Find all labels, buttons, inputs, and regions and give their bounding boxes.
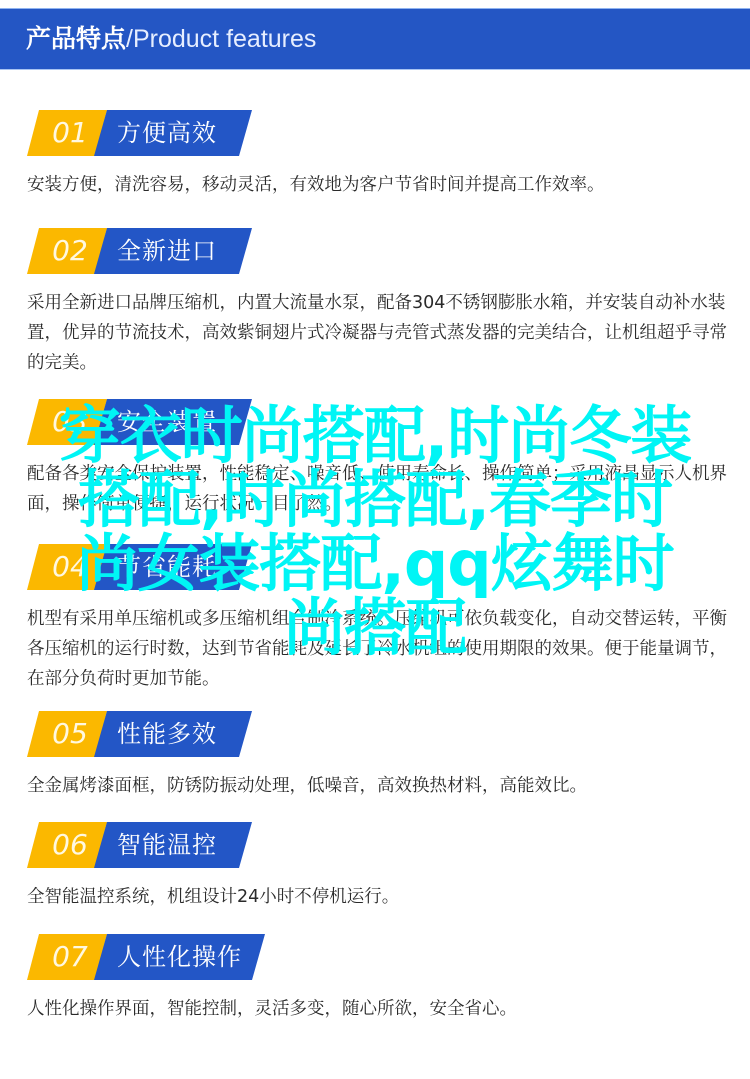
- badge-title: 安全装置: [117, 406, 217, 438]
- page-title: 产品特点/Product features: [26, 22, 316, 56]
- badge-title: 方便高效: [117, 117, 217, 149]
- feature-badge: 02 全新进口: [27, 228, 252, 274]
- badge-title: 节省能耗: [117, 551, 217, 583]
- feature-description: 配备各类安全保护装置，性能稳定、噪音低、使用寿命长、操作简单；采用液晶显示人机界…: [27, 459, 727, 519]
- feature-badge: 05 性能多效: [27, 711, 252, 757]
- feature-section-06: 06 智能温控 全智能温控系统，机组设计24小时不停机运行。: [0, 822, 750, 912]
- badge-number: 07: [45, 940, 95, 974]
- badge-number: 03: [45, 405, 95, 439]
- feature-description: 全智能温控系统，机组设计24小时不停机运行。: [27, 882, 727, 912]
- feature-description: 全金属烤漆面框，防锈防振动处理，低噪音，高效换热材料，高能效比。: [27, 771, 727, 801]
- feature-badge: 07 人性化操作: [27, 934, 265, 980]
- badge-title: 人性化操作: [117, 941, 242, 973]
- badge-number: 04: [45, 550, 95, 584]
- feature-section-03: 03 安全装置 配备各类安全保护装置，性能稳定、噪音低、使用寿命长、操作简单；采…: [0, 399, 750, 519]
- feature-description: 人性化操作界面，智能控制，灵活多变，随心所欲，安全省心。: [27, 994, 727, 1024]
- feature-description: 采用全新进口品牌压缩机，内置大流量水泵，配备304不锈钢膨胀水箱，并安装自动补水…: [27, 288, 727, 378]
- badge-number: 05: [45, 717, 95, 751]
- feature-badge: 01 方便高效: [27, 110, 252, 156]
- badge-title: 全新进口: [117, 235, 217, 267]
- page-title-en: /Product features: [126, 25, 316, 53]
- feature-badge: 04 节省能耗: [27, 544, 252, 590]
- feature-description: 机型有采用单压缩机或多压缩机组合制冷系统。压缩机可依负载变化，自动交替运转，平衡…: [27, 604, 727, 694]
- feature-description: 安装方便，清洗容易，移动灵活，有效地为客户节省时间并提高工作效率。: [27, 170, 727, 200]
- feature-badge: 03 安全装置: [27, 399, 252, 445]
- feature-section-01: 01 方便高效 安装方便，清洗容易，移动灵活，有效地为客户节省时间并提高工作效率…: [0, 110, 750, 200]
- header-banner: 产品特点/Product features: [0, 8, 750, 70]
- feature-section-05: 05 性能多效 全金属烤漆面框，防锈防振动处理，低噪音，高效换热材料，高能效比。: [0, 711, 750, 801]
- badge-number: 02: [45, 234, 95, 268]
- badge-number: 01: [45, 116, 95, 150]
- page-title-cn: 产品特点: [26, 24, 126, 53]
- feature-section-04: 04 节省能耗 机型有采用单压缩机或多压缩机组合制冷系统。压缩机可依负载变化，自…: [0, 544, 750, 694]
- feature-section-02: 02 全新进口 采用全新进口品牌压缩机，内置大流量水泵，配备304不锈钢膨胀水箱…: [0, 228, 750, 378]
- badge-title: 智能温控: [117, 829, 217, 861]
- feature-badge: 06 智能温控: [27, 822, 252, 868]
- feature-section-07: 07 人性化操作 人性化操作界面，智能控制，灵活多变，随心所欲，安全省心。: [0, 934, 750, 1024]
- badge-number: 06: [45, 828, 95, 862]
- badge-title: 性能多效: [117, 718, 217, 750]
